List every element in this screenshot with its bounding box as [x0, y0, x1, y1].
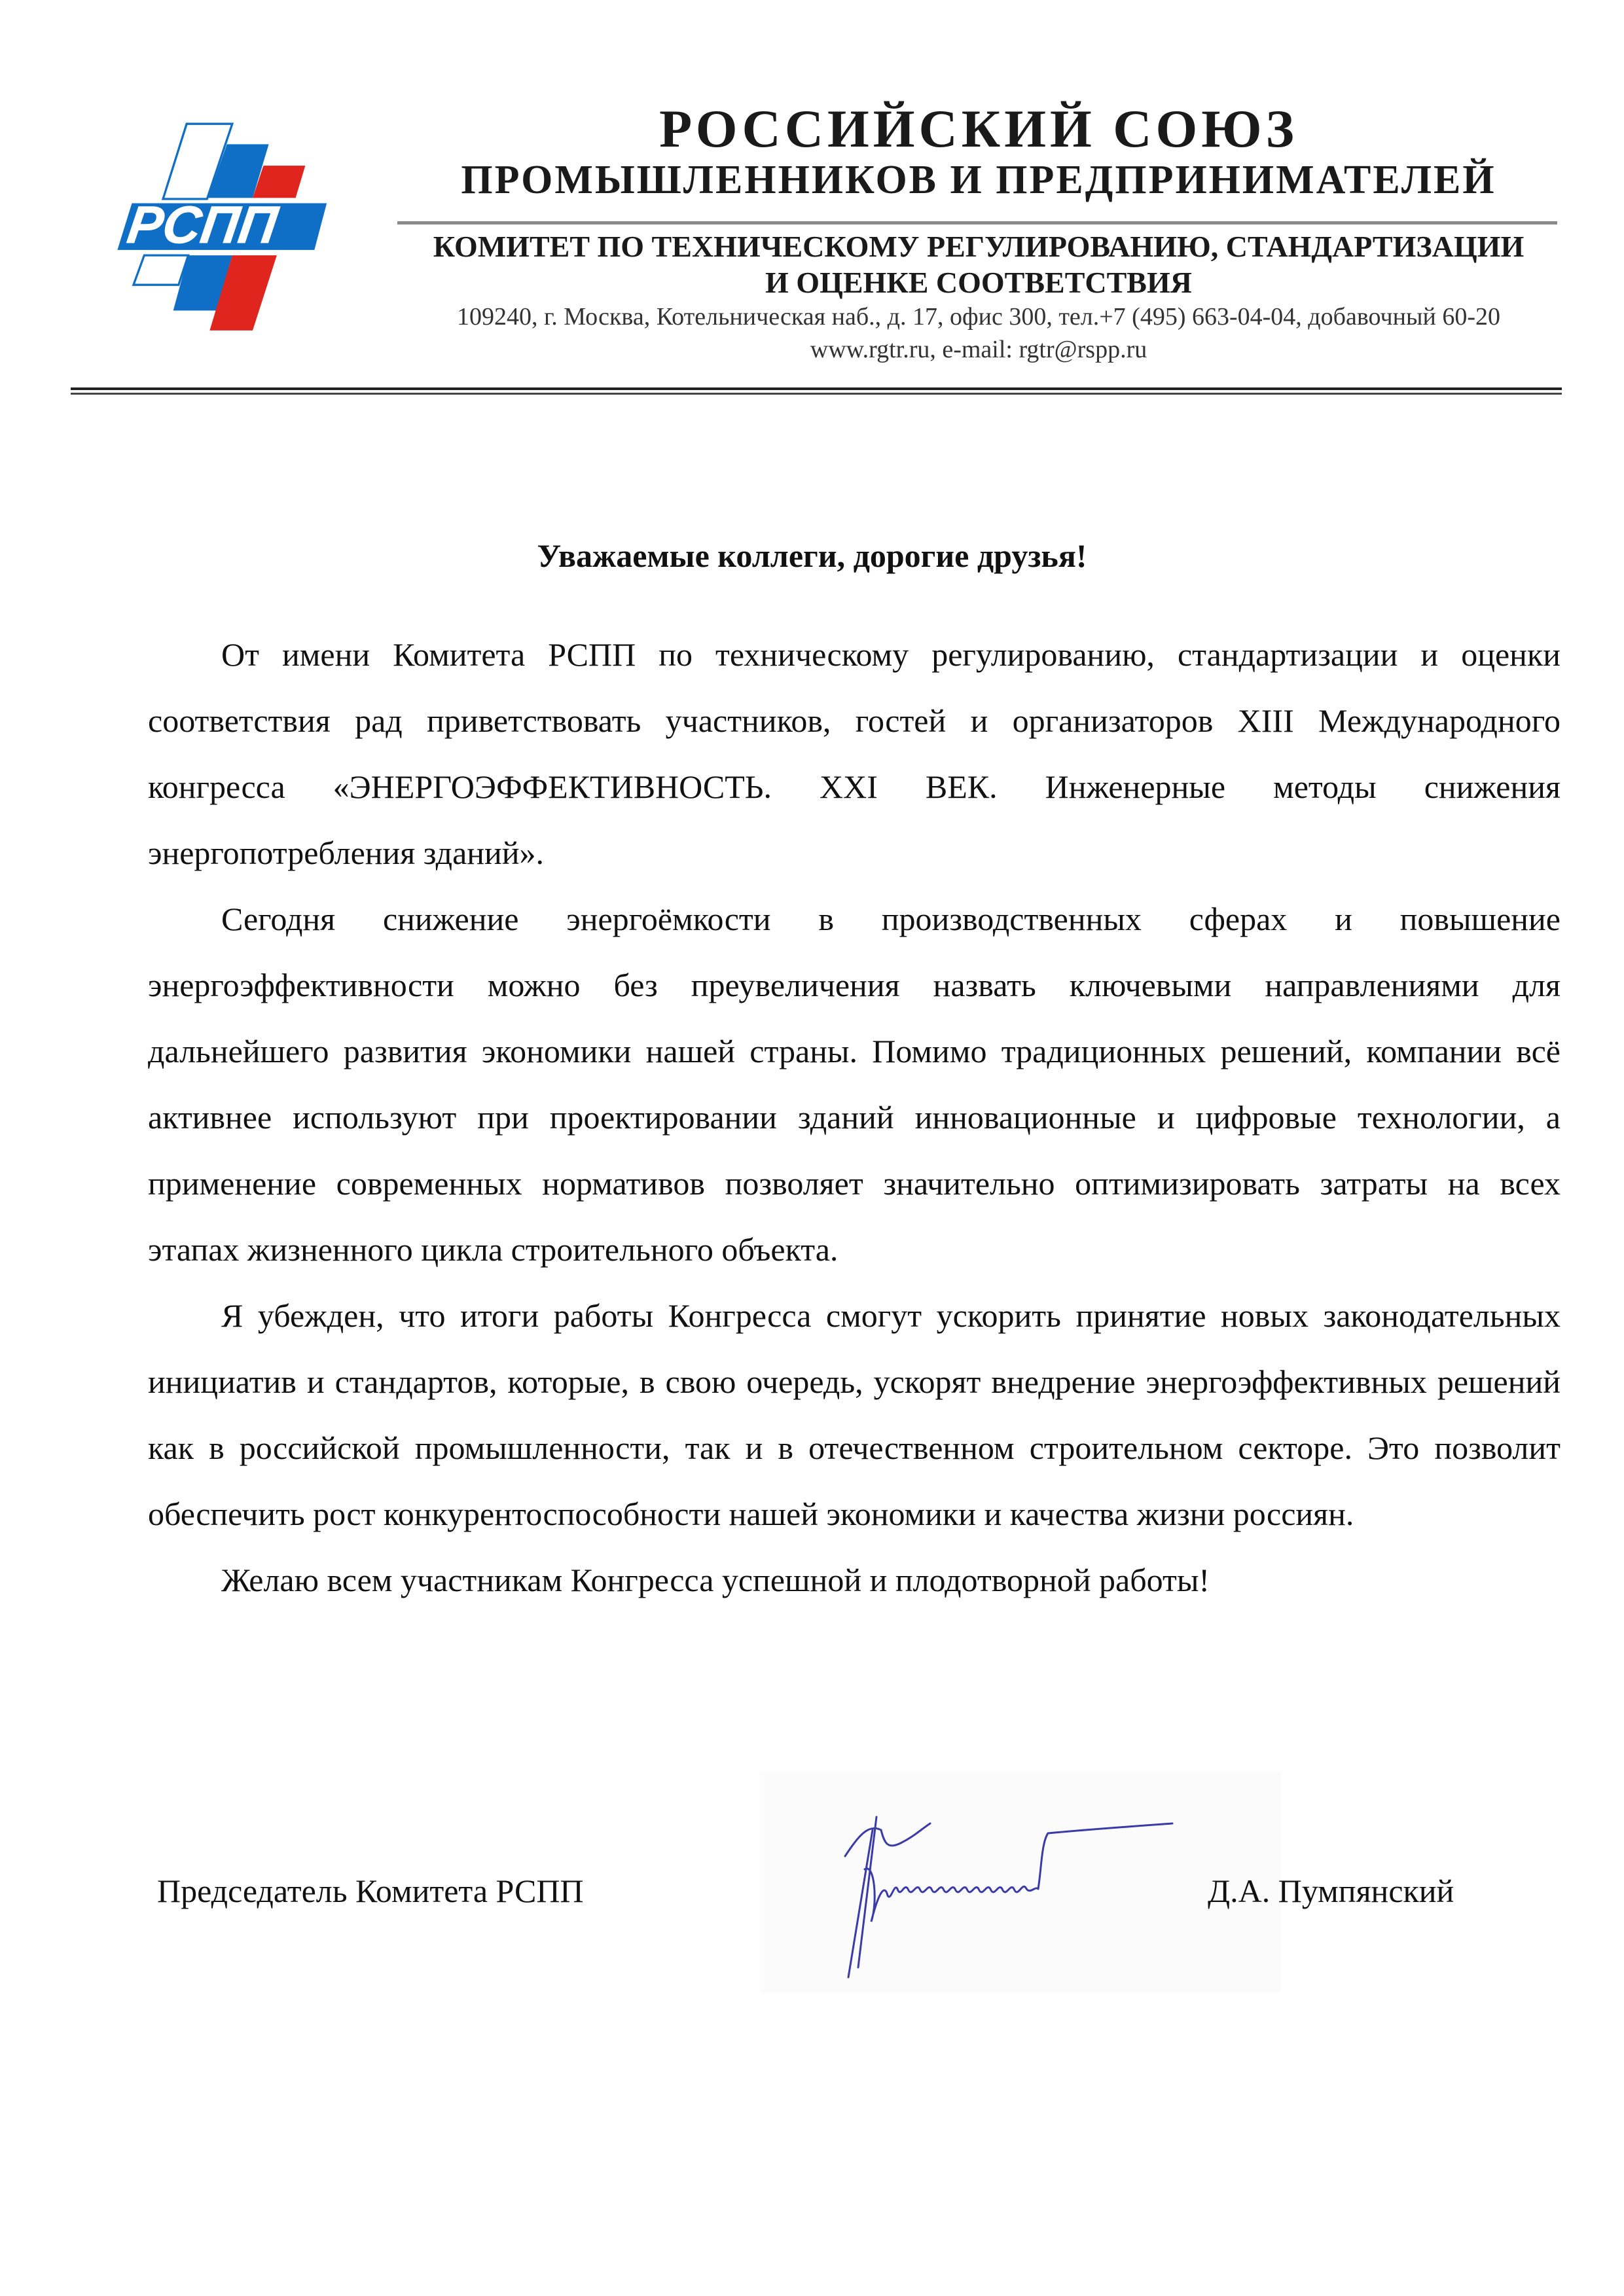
- signature-image: [760, 1771, 1281, 1992]
- paragraph: Желаю всем участникам Конгресса успешной…: [148, 1547, 1561, 1613]
- rspp-logo-icon: РСПП: [92, 92, 360, 360]
- svg-text:РСПП: РСПП: [124, 196, 282, 255]
- letter-body: От имени Комитета РСПП по техническому р…: [148, 622, 1561, 1613]
- handwritten-signature-icon: [760, 1771, 1281, 1992]
- letterhead-double-rule-bottom: [71, 393, 1562, 395]
- committee-line1: КОМИТЕТ ПО ТЕХНИЧЕСКОМУ РЕГУЛИРОВАНИЮ, С…: [393, 229, 1564, 264]
- rspp-logo: РСПП: [92, 92, 360, 360]
- letterhead-double-rule-top: [71, 387, 1562, 390]
- paragraph: Я убежден, что итоги работы Конгресса см…: [148, 1283, 1561, 1547]
- org-name-line2: ПРОМЫШЛЕННИКОВ И ПРЕДПРИНИМАТЕЛЕЙ: [393, 157, 1564, 204]
- header-divider: [397, 221, 1557, 224]
- contacts: www.rgtr.ru, e-mail: rgtr@rspp.ru: [393, 335, 1564, 364]
- org-name-line1: РОССИЙСКИЙ СОЮЗ: [393, 98, 1564, 160]
- paragraph: От имени Комитета РСПП по техническому р…: [148, 622, 1561, 886]
- address: 109240, г. Москва, Котельническая наб., …: [393, 302, 1564, 331]
- signatory-name: Д.А. Пумпянский: [1208, 1872, 1454, 1910]
- committee-line2: И ОЦЕНКЕ СООТВЕТСТВИЯ: [393, 265, 1564, 300]
- signatory-title: Председатель Комитета РСПП: [157, 1872, 584, 1910]
- paragraph: Сегодня снижение энергоёмкости в произво…: [148, 886, 1561, 1283]
- greeting: Уважаемые коллеги, дорогие друзья!: [0, 537, 1624, 575]
